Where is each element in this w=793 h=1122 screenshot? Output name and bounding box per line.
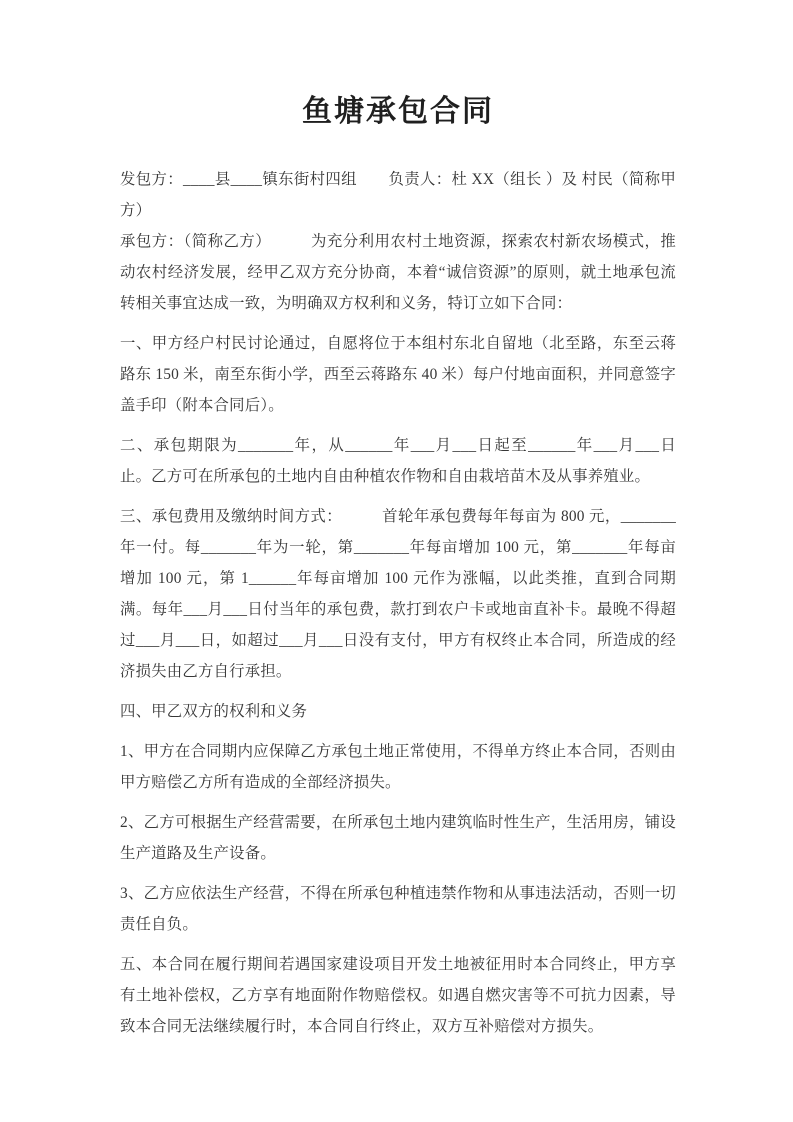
clause-2-contract-term: 二、承包期限为_______年，从______年___月___日起至______… (120, 430, 676, 492)
clause-4-rights-obligations-heading: 四、甲乙双方的权利和义务 (120, 696, 676, 727)
clause-3-fees-and-payment: 三、承包费用及缴纳时间方式： 首轮年承包费每年每亩为 800 元，_______… (120, 501, 676, 687)
clause-4-item-2: 2、乙方可根据生产经营需要，在所承包土地内建筑临时性生产，生活用房，铺设生产道路… (120, 807, 676, 869)
parties-line: 发包方：____县____镇东街村四组 负责人：杜 XX（组长 ）及 村民（简称… (120, 164, 676, 226)
document-title: 鱼塘承包合同 (120, 86, 676, 138)
contract-document: 鱼塘承包合同 发包方：____县____镇东街村四组 负责人：杜 XX（组长 ）… (0, 0, 793, 1122)
clause-4-item-3: 3、乙方应依法生产经营，不得在所承包种植违禁作物和从事违法活动，否则一切责任自负… (120, 878, 676, 940)
document-body: 发包方：____县____镇东街村四组 负责人：杜 XX（组长 ）及 村民（简称… (120, 164, 676, 1042)
clause-1-land-location: 一、甲方经户村民讨论通过，自愿将位于本组村东北自留地（北至路，东至云蒋路东 15… (120, 328, 676, 421)
clause-5-termination: 五、本合同在履行期间若遇国家建设项目开发土地被征用时本合同终止，甲方享有土地补偿… (120, 949, 676, 1042)
clause-4-item-1: 1、甲方在合同期内应保障乙方承包土地正常使用，不得单方终止本合同，否则由甲方赔偿… (120, 736, 676, 798)
preamble-paragraph: 承包方：（简称乙方） 为充分利用农村土地资源，探索农村新农场模式，推动农村经济发… (120, 226, 676, 319)
